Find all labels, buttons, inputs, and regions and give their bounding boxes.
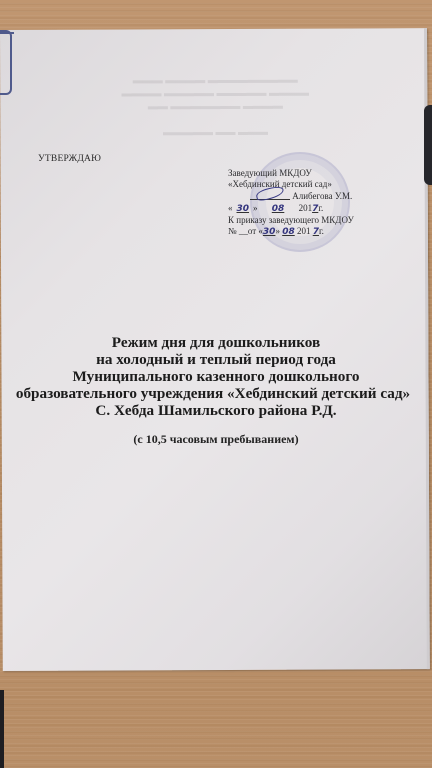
handwritten-month: 08 <box>282 227 295 237</box>
year-suffix: г. <box>319 226 324 236</box>
date-quote: » <box>275 226 280 236</box>
handwritten-day: 30 <box>263 227 276 237</box>
document-title: Режим дня для дошкольников на холодный и… <box>0 334 432 419</box>
title-line: на холодный и теплый период года <box>0 351 432 368</box>
institution-line: «Хебдинский детский сад» <box>228 179 418 190</box>
title-line: образовательного учреждения «Хебдинский … <box>0 385 432 402</box>
order-prefix: № __от « <box>228 226 263 236</box>
title-line: Режим дня для дошкольников <box>0 334 432 351</box>
handwritten-day: 30 <box>233 204 254 214</box>
year-suffix: г. <box>318 203 323 213</box>
show-through-text: ▬▬▬ ▬▬▬▬ ▬▬▬▬▬▬▬▬▬▬▬▬▬ ▬▬▬▬▬ ▬▬▬▬▬ ▬▬▬▬▬… <box>120 74 310 140</box>
approval-date-line: «30» 08 2017г. <box>228 203 418 215</box>
dark-object <box>0 690 4 768</box>
document-subtitle: (с 10,5 часовым пребыванием) <box>0 432 432 447</box>
title-line: Муниципального казенного дошкольного <box>0 368 432 385</box>
position-line: Заведующий МКДОУ <box>228 168 418 179</box>
date-quote: « <box>228 203 233 213</box>
signature-line: Алибегова У.М. <box>228 190 418 202</box>
dark-object <box>424 105 432 185</box>
date-quote: » <box>253 203 258 213</box>
approval-block: Заведующий МКДОУ «Хебдинский детский сад… <box>228 168 418 238</box>
title-line: С. Хебда Шамильского района Р.Д. <box>0 402 432 419</box>
signer-name: Алибегова У.М. <box>292 191 352 201</box>
order-line: К приказу заведующего МКДОУ <box>228 215 418 226</box>
year-prefix: 201 <box>297 226 311 236</box>
year-prefix: 201 <box>299 203 313 213</box>
signature <box>250 190 290 200</box>
approval-label: УТВЕРЖДАЮ <box>38 154 101 164</box>
handwritten-month: 08 <box>260 204 297 214</box>
paperclip-icon <box>0 30 12 95</box>
order-number-line: № __от «30» 08 201 7г. <box>228 226 418 238</box>
